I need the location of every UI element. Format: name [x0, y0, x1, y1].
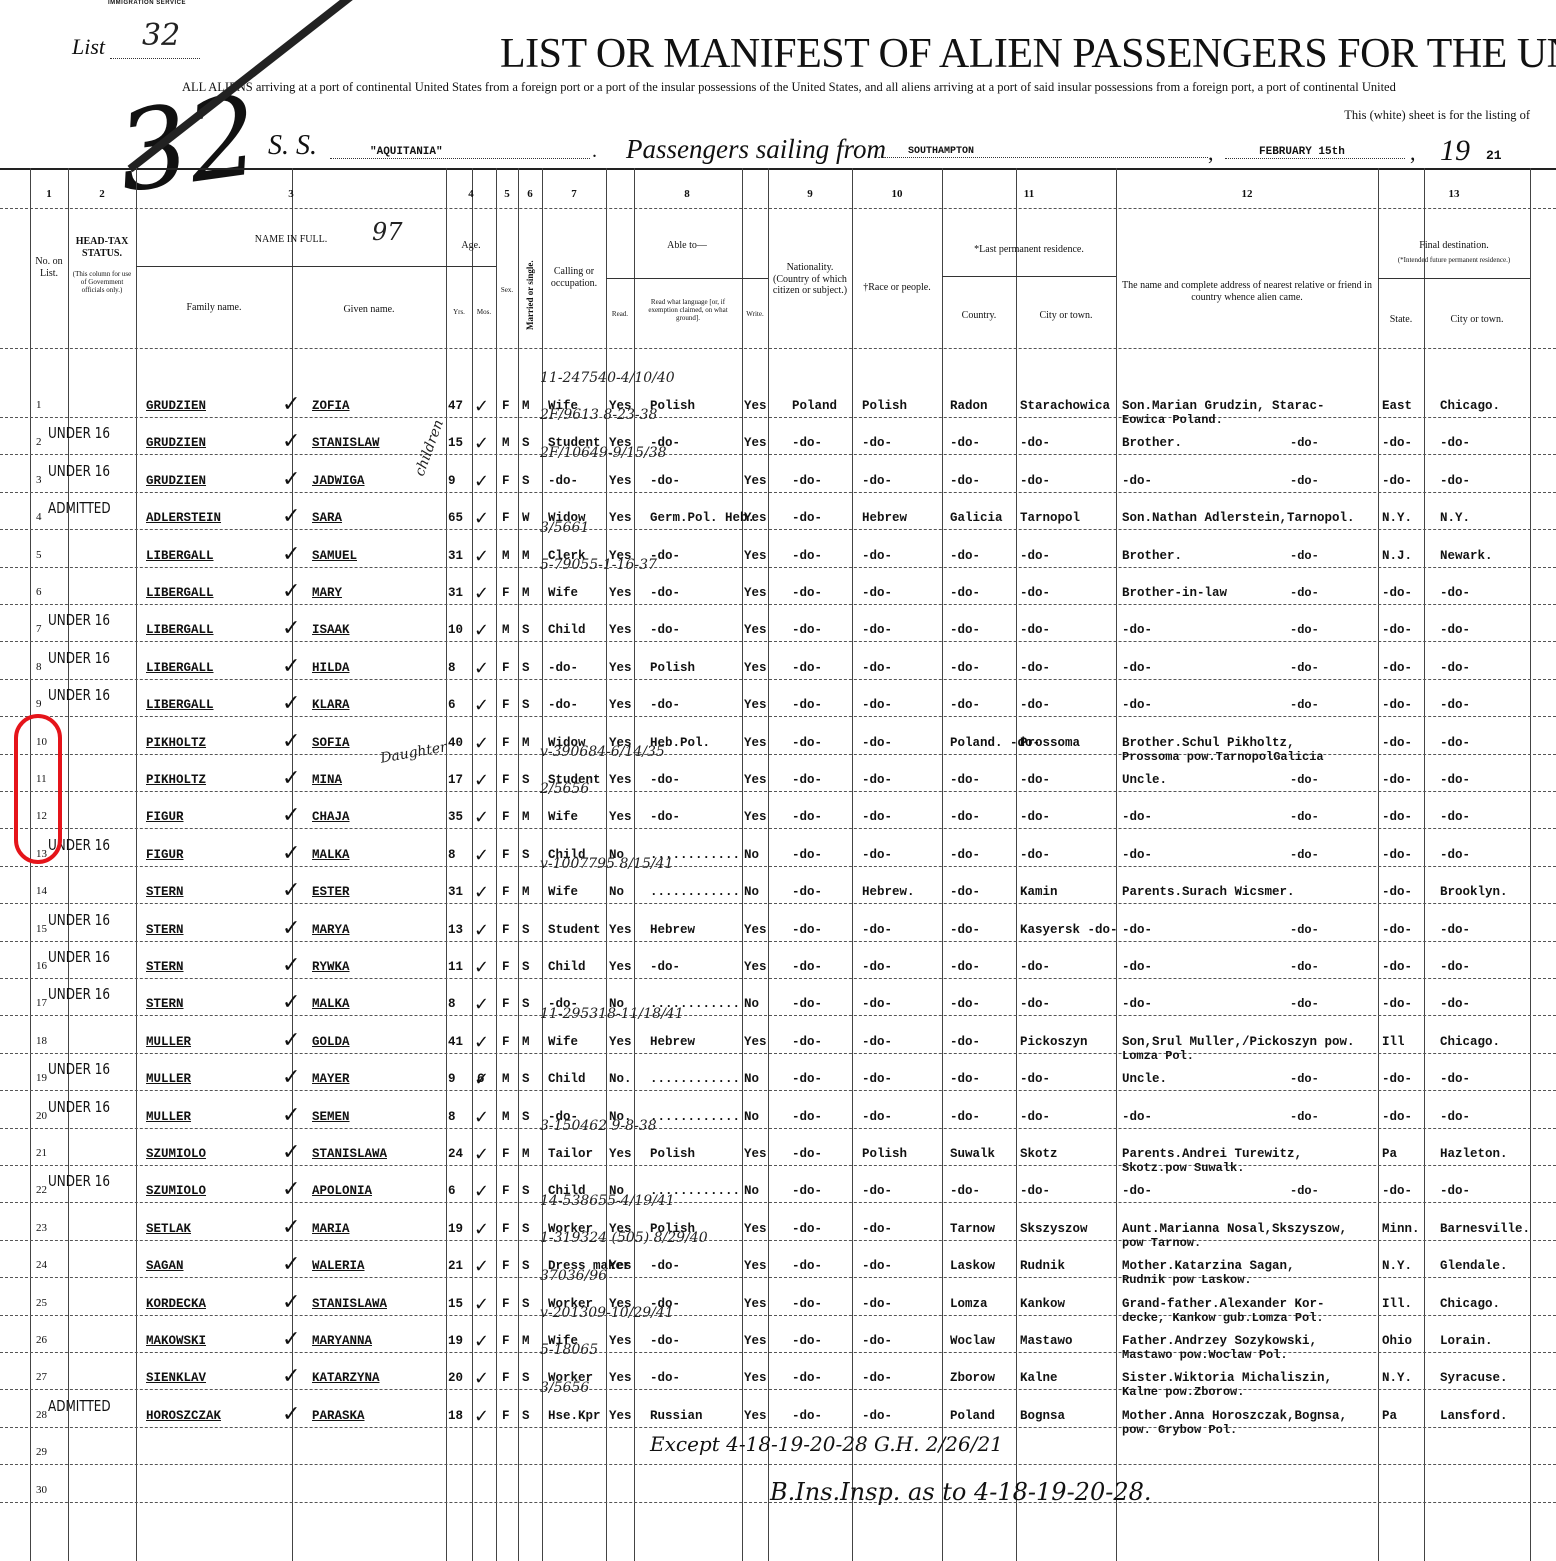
residence-city-cell: -do- [1020, 436, 1050, 450]
residence-country-cell: Radon [950, 399, 988, 413]
header-city: City or town. [1016, 310, 1116, 322]
write-cell: Yes [744, 1371, 767, 1385]
destination-state-cell: -do- [1382, 848, 1412, 862]
sex-cell: F [502, 923, 510, 937]
write-cell: Yes [744, 399, 767, 413]
relative-cell: Brother. [1122, 436, 1182, 450]
row-number: 22 [36, 1184, 47, 1196]
table-row: 13UNDER 16✓✓FIGURMALKA8FSChildNo........… [0, 829, 1556, 866]
row-number: 7 [36, 623, 42, 635]
read-cell: Yes [609, 1409, 632, 1423]
table-row: 23✓✓SETLAKMARIA19FSWorkerYesPolishYes-do… [0, 1203, 1556, 1240]
destination-city-cell: -do- [1440, 1110, 1470, 1124]
write-cell: Yes [744, 1222, 767, 1236]
age-cell: 35 [448, 810, 463, 824]
nationality-cell: -do- [792, 923, 822, 937]
relative-address-cell: -do- [1290, 1184, 1319, 1198]
race-cell: -do- [862, 1409, 892, 1423]
read-language-cell: -do- [650, 623, 680, 637]
nationality-cell: -do- [792, 586, 822, 600]
relative-address-cell: -do- [1290, 549, 1319, 563]
read-language-cell: Germ.Pol. Heb. [650, 511, 755, 525]
nationality-cell: -do- [792, 549, 822, 563]
family-name-cell: SIENKLAV [146, 1371, 206, 1385]
read-cell: Yes [609, 623, 632, 637]
relative-cell: Son.Nathan Adlerstein,Tarnopol. [1122, 511, 1355, 525]
col-number: 8 [606, 188, 768, 200]
col-number: 4 [446, 188, 496, 200]
row-number: 15 [36, 923, 47, 935]
race-cell: -do- [862, 586, 892, 600]
destination-city-cell: -do- [1440, 1072, 1470, 1086]
write-cell: No [744, 1072, 759, 1086]
relative-address-cell: -do- [1290, 1110, 1319, 1124]
relative-cell: Aunt.Marianna Nosal,Skszyszow, [1122, 1222, 1347, 1236]
col-number: 7 [542, 188, 606, 200]
age-cell: 8 [448, 1110, 456, 1124]
checkmark-icon: ✓ [474, 1107, 489, 1128]
race-cell: -do- [862, 960, 892, 974]
handwritten-annotation: 2F/10649-9/15/38 [540, 445, 667, 461]
checkmark-icon: ✓ [282, 1177, 300, 1202]
header-write: Write. [742, 310, 768, 318]
head-tax-stamp: ADMITTED [48, 1397, 111, 1415]
head-tax-stamp: UNDER 16 [48, 424, 110, 442]
checkmark-icon: ✓ [474, 1368, 489, 1389]
grid-line [942, 276, 1116, 277]
row-number: 17 [36, 997, 47, 1009]
head-tax-stamp: UNDER 16 [48, 686, 110, 704]
race-cell: -do- [862, 1184, 892, 1198]
year-prefix: 19 [1440, 134, 1470, 168]
race-cell: -do- [862, 1334, 892, 1348]
race-cell: -do- [862, 623, 892, 637]
checkmark-icon: ✓ [474, 546, 489, 567]
residence-city-cell: Skszyszow [1020, 1222, 1088, 1236]
exception-note: Except 4-18-19-20-28 G.H. 2/26/21 [650, 1432, 1003, 1456]
destination-state-cell: -do- [1382, 1184, 1412, 1198]
checkmark-icon: ✓ [474, 471, 489, 492]
given-name-cell: MARY [312, 586, 342, 600]
destination-city-cell: Chicago. [1440, 399, 1500, 413]
write-cell: Yes [744, 586, 767, 600]
age-cell: 6 [448, 698, 456, 712]
departure-port: SOUTHAMPTON [878, 146, 1208, 158]
handwritten-annotation: v-390684-6/14/35 [540, 744, 665, 760]
col-number: 5 [496, 188, 518, 200]
col-number: 9 [768, 188, 852, 200]
marital-status-cell: M [522, 1035, 530, 1049]
relative-cell: -do- [1122, 1184, 1152, 1198]
destination-state-cell: -do- [1382, 661, 1412, 675]
destination-city-cell: -do- [1440, 810, 1470, 824]
age-cell: 65 [448, 511, 463, 525]
read-language-cell: -do- [650, 1259, 680, 1273]
residence-city-cell: Mastawo [1020, 1334, 1073, 1348]
given-name-cell: PARASKA [312, 1409, 365, 1423]
handwritten-annotation: 2/5656 [540, 781, 589, 797]
destination-state-cell: -do- [1382, 736, 1412, 750]
race-cell: -do- [862, 997, 892, 1011]
destination-city-cell: Lorain. [1440, 1334, 1493, 1348]
family-name-cell: GRUDZIEN [146, 436, 206, 450]
row-number: 14 [36, 885, 47, 897]
residence-country-cell: -do- [950, 474, 980, 488]
race-cell: -do- [862, 1072, 892, 1086]
write-cell: Yes [744, 1259, 767, 1273]
age-cell: 10 [448, 623, 463, 637]
header-state: State. [1378, 314, 1424, 326]
age-cell: 19 [448, 1222, 463, 1236]
occupation-cell: Child [548, 960, 586, 974]
header-nationality: Nationality. (Country of which citizen o… [770, 262, 850, 297]
write-cell: Yes [744, 773, 767, 787]
handwritten-annotation: 3/5656 [540, 1380, 589, 1396]
checkmark-icon: ✓ [282, 542, 300, 567]
residence-country-cell: Tarnow [950, 1222, 995, 1236]
row-number: 29 [36, 1446, 47, 1458]
checkmark-icon: ✓ [474, 1144, 489, 1165]
read-cell: No [609, 885, 624, 899]
destination-state-cell: -do- [1382, 1072, 1412, 1086]
residence-country-cell: -do- [950, 549, 980, 563]
residence-city-cell: -do- [1020, 698, 1050, 712]
relative-cell: -do- [1122, 810, 1152, 824]
family-name-cell: KORDECKA [146, 1297, 206, 1311]
checkmark-icon: ✓ [282, 729, 300, 754]
residence-country-cell: Zborow [950, 1371, 995, 1385]
residence-country-cell: -do- [950, 1035, 980, 1049]
race-cell: Hebrew. [862, 885, 915, 899]
occupation-cell: Tailor [548, 1147, 593, 1161]
residence-country-cell: -do- [950, 623, 980, 637]
separator-dot: . [592, 140, 597, 163]
race-cell: -do- [862, 1371, 892, 1385]
read-language-cell: ............ [650, 885, 740, 899]
checkmark-icon: ✓ [282, 1402, 300, 1427]
table-row: 6✓✓LIBERGALLMARY31FMWifeYes-do-Yes-do--d… [0, 567, 1556, 604]
table-row: 20UNDER 16✓✓MULLERSEMEN8MS-do-No........… [0, 1091, 1556, 1128]
nationality-cell: -do- [792, 511, 822, 525]
col-number: 1 [30, 188, 68, 200]
header-race: †Race or people. [852, 282, 942, 294]
handwritten-annotation: 3/5661 [540, 520, 589, 536]
given-name-cell: JADWIGA [312, 474, 365, 488]
family-name-cell: STERN [146, 960, 184, 974]
write-cell: Yes [744, 549, 767, 563]
residence-city-cell: Kasyersk -do- [1020, 923, 1118, 937]
handwritten-annotation: 14-538655-4/19/41 [540, 1193, 675, 1209]
residence-country-cell: Lomza [950, 1297, 988, 1311]
age-cell: 9 [448, 474, 456, 488]
sex-cell: F [502, 661, 510, 675]
race-cell: -do- [862, 848, 892, 862]
given-name-cell: MAYER [312, 1072, 350, 1086]
checkmark-icon: ✓ [282, 654, 300, 679]
checkmark-icon: ✓ [282, 1252, 300, 1277]
age-cell: 20 [448, 1371, 463, 1385]
residence-city-cell: Kamin [1020, 885, 1058, 899]
col-number: 10 [852, 188, 942, 200]
checkmark-icon: ✓ [282, 691, 300, 716]
given-name-cell: MARYANNA [312, 1334, 372, 1348]
table-row: 28ADMITTED✓✓HOROSZCZAKPARASKA18FSHse.Kpr… [0, 1390, 1556, 1427]
residence-country-cell: -do- [950, 1072, 980, 1086]
grid-line [1378, 278, 1530, 279]
sex-cell: M [502, 1072, 510, 1086]
read-language-cell: Polish [650, 661, 695, 675]
nationality-cell: -do- [792, 997, 822, 1011]
row-number: 24 [36, 1259, 47, 1271]
family-name-cell: ADLERSTEIN [146, 511, 221, 525]
checkmark-icon: ✓ [282, 953, 300, 978]
family-name-cell: FIGUR [146, 810, 184, 824]
grid-line [136, 266, 496, 267]
destination-state-cell: -do- [1382, 773, 1412, 787]
residence-city-cell: Starachowica [1020, 399, 1110, 413]
sex-cell: F [502, 1222, 510, 1236]
header-last-residence: *Last permanent residence. [942, 244, 1116, 256]
table-row: 22UNDER 16✓✓SZUMIOLOAPOLONIA6FSChildNo..… [0, 1165, 1556, 1202]
family-name-cell: PIKHOLTZ [146, 773, 206, 787]
residence-city-cell: -do- [1020, 474, 1050, 488]
occupation-cell: -do- [548, 698, 578, 712]
destination-city-cell: -do- [1440, 698, 1470, 712]
col-number: 3 [136, 188, 446, 200]
destination-state-cell: N.Y. [1382, 1371, 1412, 1385]
destination-city-cell: -do- [1440, 923, 1470, 937]
header-calling: Calling or occupation. [546, 266, 602, 289]
write-cell: Yes [744, 661, 767, 675]
header-age: Age. [446, 240, 496, 252]
marital-status-cell: M [522, 399, 530, 413]
checkmark-icon: ✓ [474, 508, 489, 529]
destination-city-cell: -do- [1440, 586, 1470, 600]
relative-cell: Parents.Andrei Turewitz, [1122, 1147, 1302, 1161]
table-row: 27✓✓SIENKLAVKATARZYNA20FSWorkerYes-do-Ye… [0, 1352, 1556, 1389]
sex-cell: F [502, 960, 510, 974]
nationality-cell: -do- [792, 1259, 822, 1273]
marital-status-cell: M [522, 810, 530, 824]
header-married-single: Married or single. [525, 247, 535, 343]
inspector-note: B.Ins.Insp. as to 4-18-19-20-28. [770, 1478, 1152, 1506]
checkmark-icon: ✓ [474, 733, 489, 754]
nationality-cell: -do- [792, 1371, 822, 1385]
occupation-cell: Wife [548, 885, 578, 899]
read-cell: Yes [609, 474, 632, 488]
handwritten-annotation: v-1007795 8/15/41 [540, 856, 673, 872]
table-row: 7UNDER 16✓✓LIBERGALLISAAK10MSChildYes-do… [0, 604, 1556, 641]
family-name-cell: STERN [146, 997, 184, 1011]
read-language-cell: Hebrew [650, 923, 695, 937]
sex-cell: F [502, 586, 510, 600]
relative-address-cell: -do- [1290, 1072, 1319, 1086]
residence-country-cell: Galicia [950, 511, 1003, 525]
table-row: 16UNDER 16✓✓STERNRYWKA11FSChildYes-do-Ye… [0, 941, 1556, 978]
given-name-cell: MINA [312, 773, 342, 787]
table-row: 5✓✓LIBERGALLSAMUEL31MMClerkYes-do-Yes-do… [0, 530, 1556, 567]
relative-address-cell: -do- [1290, 848, 1319, 862]
row-number: 21 [36, 1147, 47, 1159]
residence-country-cell: -do- [950, 436, 980, 450]
table-row: 19UNDER 16✓✓MULLERMAYER96MSChildNo......… [0, 1053, 1556, 1090]
age-cell: 15 [448, 436, 463, 450]
sex-cell: F [502, 399, 510, 413]
row-number: 5 [36, 549, 42, 561]
destination-city-cell: N.Y. [1440, 511, 1470, 525]
checkmark-icon: ✓ [282, 878, 300, 903]
residence-country-cell: -do- [950, 848, 980, 862]
given-name-cell: HILDA [312, 661, 350, 675]
age-cell: 15 [448, 1297, 463, 1311]
given-name-cell: SEMEN [312, 1110, 350, 1124]
relative-cell: -do- [1122, 623, 1152, 637]
residence-city-cell: Kankow [1020, 1297, 1065, 1311]
sex-cell: F [502, 810, 510, 824]
col-number: 6 [518, 188, 542, 200]
given-name-cell: SOFIA [312, 736, 350, 750]
page-title: LIST OR MANIFEST OF ALIEN PASSENGERS FOR… [500, 30, 1556, 78]
residence-city-cell: -do- [1020, 623, 1050, 637]
table-row: 26✓✓MAKOWSKIMARYANNA19FMWifeYes-do-Yes-d… [0, 1315, 1556, 1352]
given-name-cell: ESTER [312, 885, 350, 899]
residence-country-cell: -do- [950, 997, 980, 1011]
checkmark-icon: ✓ [282, 1215, 300, 1240]
row-number: 28 [36, 1409, 47, 1421]
relative-cell: Uncle. [1122, 773, 1167, 787]
write-cell: Yes [744, 1297, 767, 1311]
marital-status-cell: S [522, 1222, 530, 1236]
age-cell: 31 [448, 586, 463, 600]
head-tax-stamp: UNDER 16 [48, 911, 110, 929]
family-name-cell: LIBERGALL [146, 661, 214, 675]
residence-country-cell: -do- [950, 698, 980, 712]
header-final-destination: Final destination. [1378, 240, 1530, 252]
marital-status-cell: S [522, 848, 530, 862]
marital-status-cell: S [522, 773, 530, 787]
nationality-cell: -do- [792, 474, 822, 488]
nationality-cell: Poland [792, 399, 837, 413]
destination-state-cell: Ohio [1382, 1334, 1412, 1348]
destination-state-cell: -do- [1382, 698, 1412, 712]
read-language-cell: -do- [650, 960, 680, 974]
family-name-cell: LIBERGALL [146, 549, 214, 563]
destination-state-cell: East [1382, 399, 1412, 413]
checkmark-icon: ✓ [282, 1140, 300, 1165]
family-name-cell: SAGAN [146, 1259, 184, 1273]
residence-country-cell: -do- [950, 773, 980, 787]
handwritten-annotation: 3-150462 9-8-38 [540, 1118, 657, 1134]
given-name-cell: SAMUEL [312, 549, 357, 563]
checkmark-icon: ✓ [282, 916, 300, 941]
destination-city-cell: -do- [1440, 773, 1470, 787]
sex-cell: F [502, 997, 510, 1011]
destination-state-cell: N.J. [1382, 549, 1412, 563]
occupation-cell: Hse.Kpr [548, 1409, 601, 1423]
residence-city-cell: -do- [1020, 848, 1050, 862]
sex-cell: F [502, 1259, 510, 1273]
col-number: 12 [1116, 188, 1378, 200]
residence-country-cell: -do- [950, 1110, 980, 1124]
checkmark-icon: ✓ [282, 467, 300, 492]
nationality-cell: -do- [792, 1222, 822, 1236]
residence-city-cell: Bognsa [1020, 1409, 1065, 1423]
nationality-cell: -do- [792, 1072, 822, 1086]
write-cell: Yes [744, 511, 767, 525]
header-no-on-list: No. on List. [30, 256, 68, 279]
given-name-cell: GOLDA [312, 1035, 350, 1049]
given-name-cell: STANISLAWA [312, 1297, 387, 1311]
relative-cell: Son,Srul Muller,/Pickoszyn pow. [1122, 1035, 1355, 1049]
occupation-cell: Child [548, 623, 586, 637]
checkmark-icon: ✓ [474, 658, 489, 679]
destination-city-cell: -do- [1440, 736, 1470, 750]
nationality-cell: -do- [792, 436, 822, 450]
marital-status-cell: M [522, 736, 530, 750]
destination-state-cell: Minn. [1382, 1222, 1420, 1236]
checkmark-icon: ✓ [474, 1331, 489, 1352]
residence-country-cell: -do- [950, 810, 980, 824]
relative-cell: Brother.Schul Pikholtz, [1122, 736, 1295, 750]
family-name-cell: MULLER [146, 1035, 191, 1049]
nationality-cell: -do- [792, 1184, 822, 1198]
write-cell: Yes [744, 698, 767, 712]
sex-cell: F [502, 1147, 510, 1161]
age-cell: 13 [448, 923, 463, 937]
read-cell: Yes [609, 1334, 632, 1348]
row-number: 30 [36, 1484, 47, 1496]
write-cell: Yes [744, 810, 767, 824]
destination-city-cell: Chicago. [1440, 1297, 1500, 1311]
sex-cell: F [502, 848, 510, 862]
relative-cell: -do- [1122, 661, 1152, 675]
marital-status-cell: M [522, 1147, 530, 1161]
handwritten-annotation: 1-319324 (505) 8/29/40 [540, 1230, 708, 1246]
residence-country-cell: -do- [950, 960, 980, 974]
row-number: 26 [36, 1334, 47, 1346]
marital-status-cell: S [522, 1371, 530, 1385]
relative-cell: Brother-in-law [1122, 586, 1227, 600]
sailing-label: Passengers sailing from [626, 134, 886, 165]
destination-city-cell: -do- [1440, 960, 1470, 974]
age-cell: 40 [448, 736, 463, 750]
checkmark-icon: ✓ [474, 1219, 489, 1240]
residence-country-cell: -do- [950, 661, 980, 675]
family-name-cell: FIGUR [146, 848, 184, 862]
age-cell: 11 [448, 960, 463, 974]
head-tax-stamp: UNDER 16 [48, 611, 110, 629]
read-language-cell: ............ [650, 1072, 740, 1086]
relative-address-cell: -do- [1290, 810, 1319, 824]
race-cell: -do- [862, 736, 892, 750]
read-cell: Yes [609, 1371, 632, 1385]
residence-country-cell: -do- [950, 923, 980, 937]
sex-cell: M [502, 623, 510, 637]
checkmark-icon: ✓ [474, 845, 489, 866]
head-tax-stamp: ADMITTED [48, 499, 111, 517]
table-row: 21✓✓SZUMIOLOSTANISLAWA24FMTailorYesPolis… [0, 1128, 1556, 1165]
age-cell: 6 [448, 1184, 456, 1198]
race-cell: -do- [862, 436, 892, 450]
checkmark-icon: ✓ [474, 620, 489, 641]
residence-city-cell: Prossoma [1020, 736, 1080, 750]
race-cell: -do- [862, 1259, 892, 1273]
write-cell: No [744, 1184, 759, 1198]
destination-state-cell: -do- [1382, 960, 1412, 974]
race-cell: -do- [862, 698, 892, 712]
handwritten-annotation: v-201309-10/29/41 [540, 1305, 674, 1321]
table-row: 24✓✓SAGANWALERIA21FSDress makerYes-do-Ye… [0, 1240, 1556, 1277]
